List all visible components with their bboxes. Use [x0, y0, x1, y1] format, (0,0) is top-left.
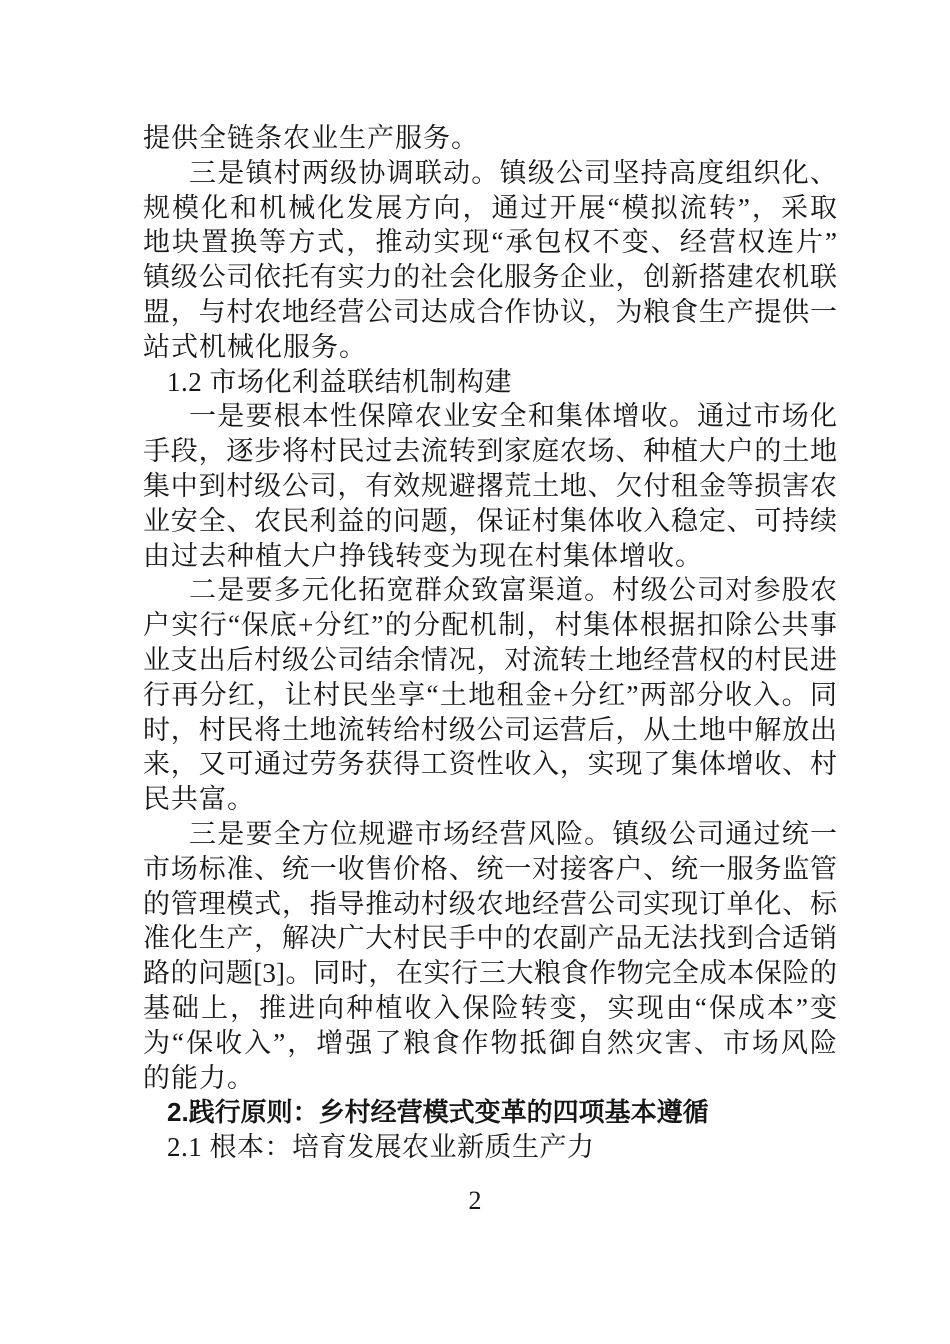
paragraph-line: 镇级公司依托有实力的社会化服务企业，创新搭建农机联 [143, 260, 837, 295]
page-number: 2 [0, 1186, 950, 1216]
paragraph-line: 规模化和机械化发展方向，通过开展“模拟流转”，采取 [143, 191, 837, 226]
paragraph-line: 集中到村级公司，有效规避撂荒土地、欠付租金等损害农 [143, 469, 837, 504]
paragraph-line: 来，又可通过劳务获得工资性收入，实现了集体增收、村 [143, 747, 837, 782]
subsection-heading-2-1: 2.1 根本：培育发展农业新质生产力 [143, 1130, 837, 1165]
paragraph-line: 业安全、农民利益的问题，保证村集体收入稳定、可持续 [143, 504, 837, 539]
paragraph-line: 的管理模式，指导推动村级农地经营公司实现订单化、标 [143, 887, 837, 922]
paragraph-line: 户实行“保底+分红”的分配机制，村集体根据扣除公共事 [143, 608, 837, 643]
document-page: 提供全链条农业生产服务。 三是镇村两级协调联动。镇级公司坚持高度组织化、 规模化… [0, 0, 950, 1344]
paragraph-line: 准化生产，解决广大村民手中的农副产品无法找到合适销 [143, 921, 837, 956]
paragraph-line: 手段，逐步将村民过去流转到家庭农场、种植大户的土地 [143, 434, 837, 469]
paragraph-line: 业支出后村级公司结余情况，对流转土地经营权的村民进 [143, 643, 837, 678]
paragraph-line: 民共富。 [143, 782, 837, 817]
paragraph-line: 盟，与村农地经营公司达成合作协议，为粮食生产提供一 [143, 295, 837, 330]
paragraph-line: 时，村民将土地流转给村级公司运营后，从土地中解放出 [143, 713, 837, 748]
paragraph-line: 一是要根本性保障农业安全和集体增收。通过市场化 [143, 399, 837, 434]
paragraph-line: 站式机械化服务。 [143, 330, 837, 365]
section-heading-2: 2.践行原则：乡村经营模式变革的四项基本遵循 [143, 1095, 837, 1130]
paragraph-line: 三是要全方位规避市场经营风险。镇级公司通过统一 [143, 817, 837, 852]
paragraph-line: 路的问题[3]。同时，在实行三大粮食作物完全成本保险的 [143, 956, 837, 991]
paragraph-line: 提供全链条农业生产服务。 [143, 121, 837, 156]
paragraph-line: 市场标准、统一收售价格、统一对接客户、统一服务监管 [143, 852, 837, 887]
paragraph-line: 由过去种植大户挣钱转变为现在村集体增收。 [143, 539, 837, 574]
subsection-heading-1-2: 1.2 市场化利益联结机制构建 [143, 365, 837, 400]
paragraph-line: 地块置换等方式，推动实现“承包权不变、经营权连片” [143, 225, 837, 260]
paragraph-line: 行再分红，让村民坐享“土地租金+分红”两部分收入。同 [143, 678, 837, 713]
paragraph-line: 二是要多元化拓宽群众致富渠道。村级公司对参股农 [143, 573, 837, 608]
paragraph-line: 为“保收入”，增强了粮食作物抵御自然灾害、市场风险 [143, 1026, 837, 1061]
paragraph-line: 基础上，推进向种植收入保险转变，实现由“保成本”变 [143, 991, 837, 1026]
paragraph-line: 三是镇村两级协调联动。镇级公司坚持高度组织化、 [143, 156, 837, 191]
paragraph-line: 的能力。 [143, 1061, 837, 1096]
document-text-block: 提供全链条农业生产服务。 三是镇村两级协调联动。镇级公司坚持高度组织化、 规模化… [143, 121, 837, 1165]
